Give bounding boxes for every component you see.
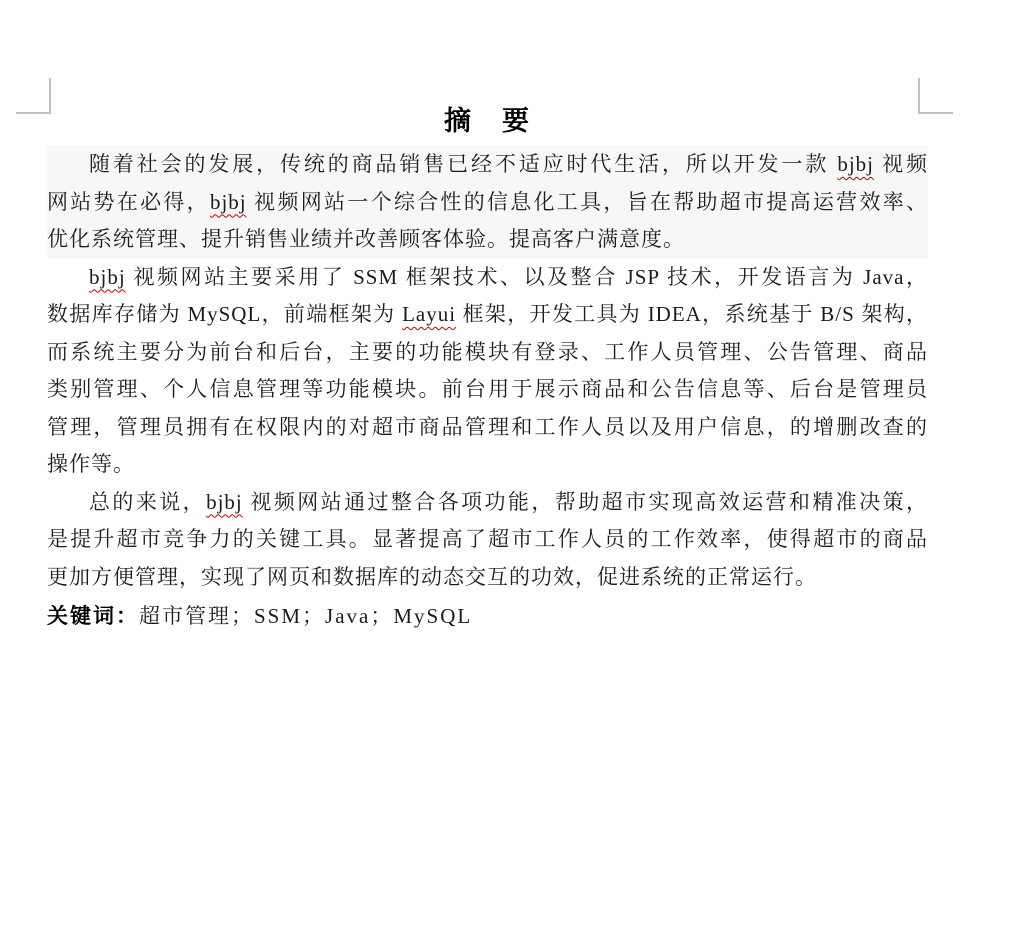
text-run: 框架，开发工具为 IDEA，系统基于 B/S 架构， xyxy=(456,302,928,326)
spellcheck-flagged-word: bjbj xyxy=(837,152,874,176)
spellcheck-flagged-word: bjbj xyxy=(210,190,247,214)
paragraph-shaded: 随着社会的发展，传统的商品销售已经不适应时代生活，所以开发一款 bjbj 视频网… xyxy=(47,146,928,259)
text-run: 视频网站通过整合各项功能，帮助超市实现高效运营和精准决策， xyxy=(243,490,928,514)
spellcheck-flagged-word: bjbj xyxy=(206,490,243,514)
text-run: 网站势在必得， xyxy=(47,190,210,214)
text-run: 视频 xyxy=(874,152,928,176)
text-boundary-mark-top-left xyxy=(16,78,51,114)
paragraph: bjbj 视频网站主要采用了 SSM 框架技术、以及整合 JSP 技术，开发语言… xyxy=(47,259,928,484)
text-run: 类别管理、个人信息管理等功能模块。前台用于展示商品和公告信息等、后台是管理员 xyxy=(47,377,928,401)
page-content: 摘 要 随着社会的发展，传统的商品销售已经不适应时代生活，所以开发一款 bjbj… xyxy=(47,0,928,636)
text-run: 视频网站一个综合性的信息化工具，旨在帮助超市提高运营效率、 xyxy=(247,190,928,214)
text-run: 优化系统管理、提升销售业绩并改善顾客体验。提高客户满意度。 xyxy=(47,227,685,251)
text-line: 网站势在必得，bjbj 视频网站一个综合性的信息化工具，旨在帮助超市提高运营效率… xyxy=(47,184,928,222)
text-line: 类别管理、个人信息管理等功能模块。前台用于展示商品和公告信息等、后台是管理员 xyxy=(47,371,928,409)
text-line: 优化系统管理、提升销售业绩并改善顾客体验。提高客户满意度。 xyxy=(47,221,928,259)
document-page: 摘 要 随着社会的发展，传统的商品销售已经不适应时代生活，所以开发一款 bjbj… xyxy=(0,0,1009,929)
text-line: 而系统主要分为前台和后台，主要的功能模块有登录、工作人员管理、公告管理、商品 xyxy=(47,334,928,372)
text-line: 操作等。 xyxy=(47,446,928,484)
text-run: 更加方便管理，实现了网页和数据库的动态交互的功效，促进系统的正常运行。 xyxy=(47,565,817,589)
text-run: 而系统主要分为前台和后台，主要的功能模块有登录、工作人员管理、公告管理、商品 xyxy=(47,340,928,364)
text-run: 视频网站主要采用了 SSM 框架技术、以及整合 JSP 技术，开发语言为 Jav… xyxy=(126,265,928,289)
text-run: 数据库存储为 MySQL，前端框架为 xyxy=(47,302,402,326)
text-line: 管理，管理员拥有在权限内的对超市商品管理和工作人员以及用户信息，的增删改查的 xyxy=(47,409,928,447)
keywords-values: 超市管理；SSM；Java；MySQL xyxy=(139,604,472,628)
text-line: 是提升超市竞争力的关键工具。显著提高了超市工作人员的工作效率，使得超市的商品 xyxy=(47,521,928,559)
text-run: 总的来说， xyxy=(89,490,206,514)
text-line: bjbj 视频网站主要采用了 SSM 框架技术、以及整合 JSP 技术，开发语言… xyxy=(47,259,928,297)
text-run: 是提升超市竞争力的关键工具。显著提高了超市工作人员的工作效率，使得超市的商品 xyxy=(47,527,928,551)
text-run: 管理，管理员拥有在权限内的对超市商品管理和工作人员以及用户信息，的增删改查的 xyxy=(47,415,928,439)
document-title: 摘 要 xyxy=(47,104,928,138)
paragraph: 总的来说，bjbj 视频网站通过整合各项功能，帮助超市实现高效运营和精准决策，是… xyxy=(47,484,928,597)
abstract-body: 随着社会的发展，传统的商品销售已经不适应时代生活，所以开发一款 bjbj 视频网… xyxy=(47,146,928,596)
keywords-label: 关键词： xyxy=(47,605,139,628)
text-line: 总的来说，bjbj 视频网站通过整合各项功能，帮助超市实现高效运营和精准决策， xyxy=(47,484,928,522)
spellcheck-flagged-word: Layui xyxy=(402,302,456,326)
text-run: 随着社会的发展，传统的商品销售已经不适应时代生活，所以开发一款 xyxy=(89,152,837,176)
spellcheck-flagged-word: bjbj xyxy=(89,265,126,289)
text-line: 更加方便管理，实现了网页和数据库的动态交互的功效，促进系统的正常运行。 xyxy=(47,559,928,597)
text-line: 数据库存储为 MySQL，前端框架为 Layui 框架，开发工具为 IDEA，系… xyxy=(47,296,928,334)
keywords-line: 关键词：超市管理；SSM；Java；MySQL xyxy=(47,598,928,636)
text-line: 随着社会的发展，传统的商品销售已经不适应时代生活，所以开发一款 bjbj 视频 xyxy=(47,146,928,184)
text-run: 操作等。 xyxy=(47,452,135,476)
